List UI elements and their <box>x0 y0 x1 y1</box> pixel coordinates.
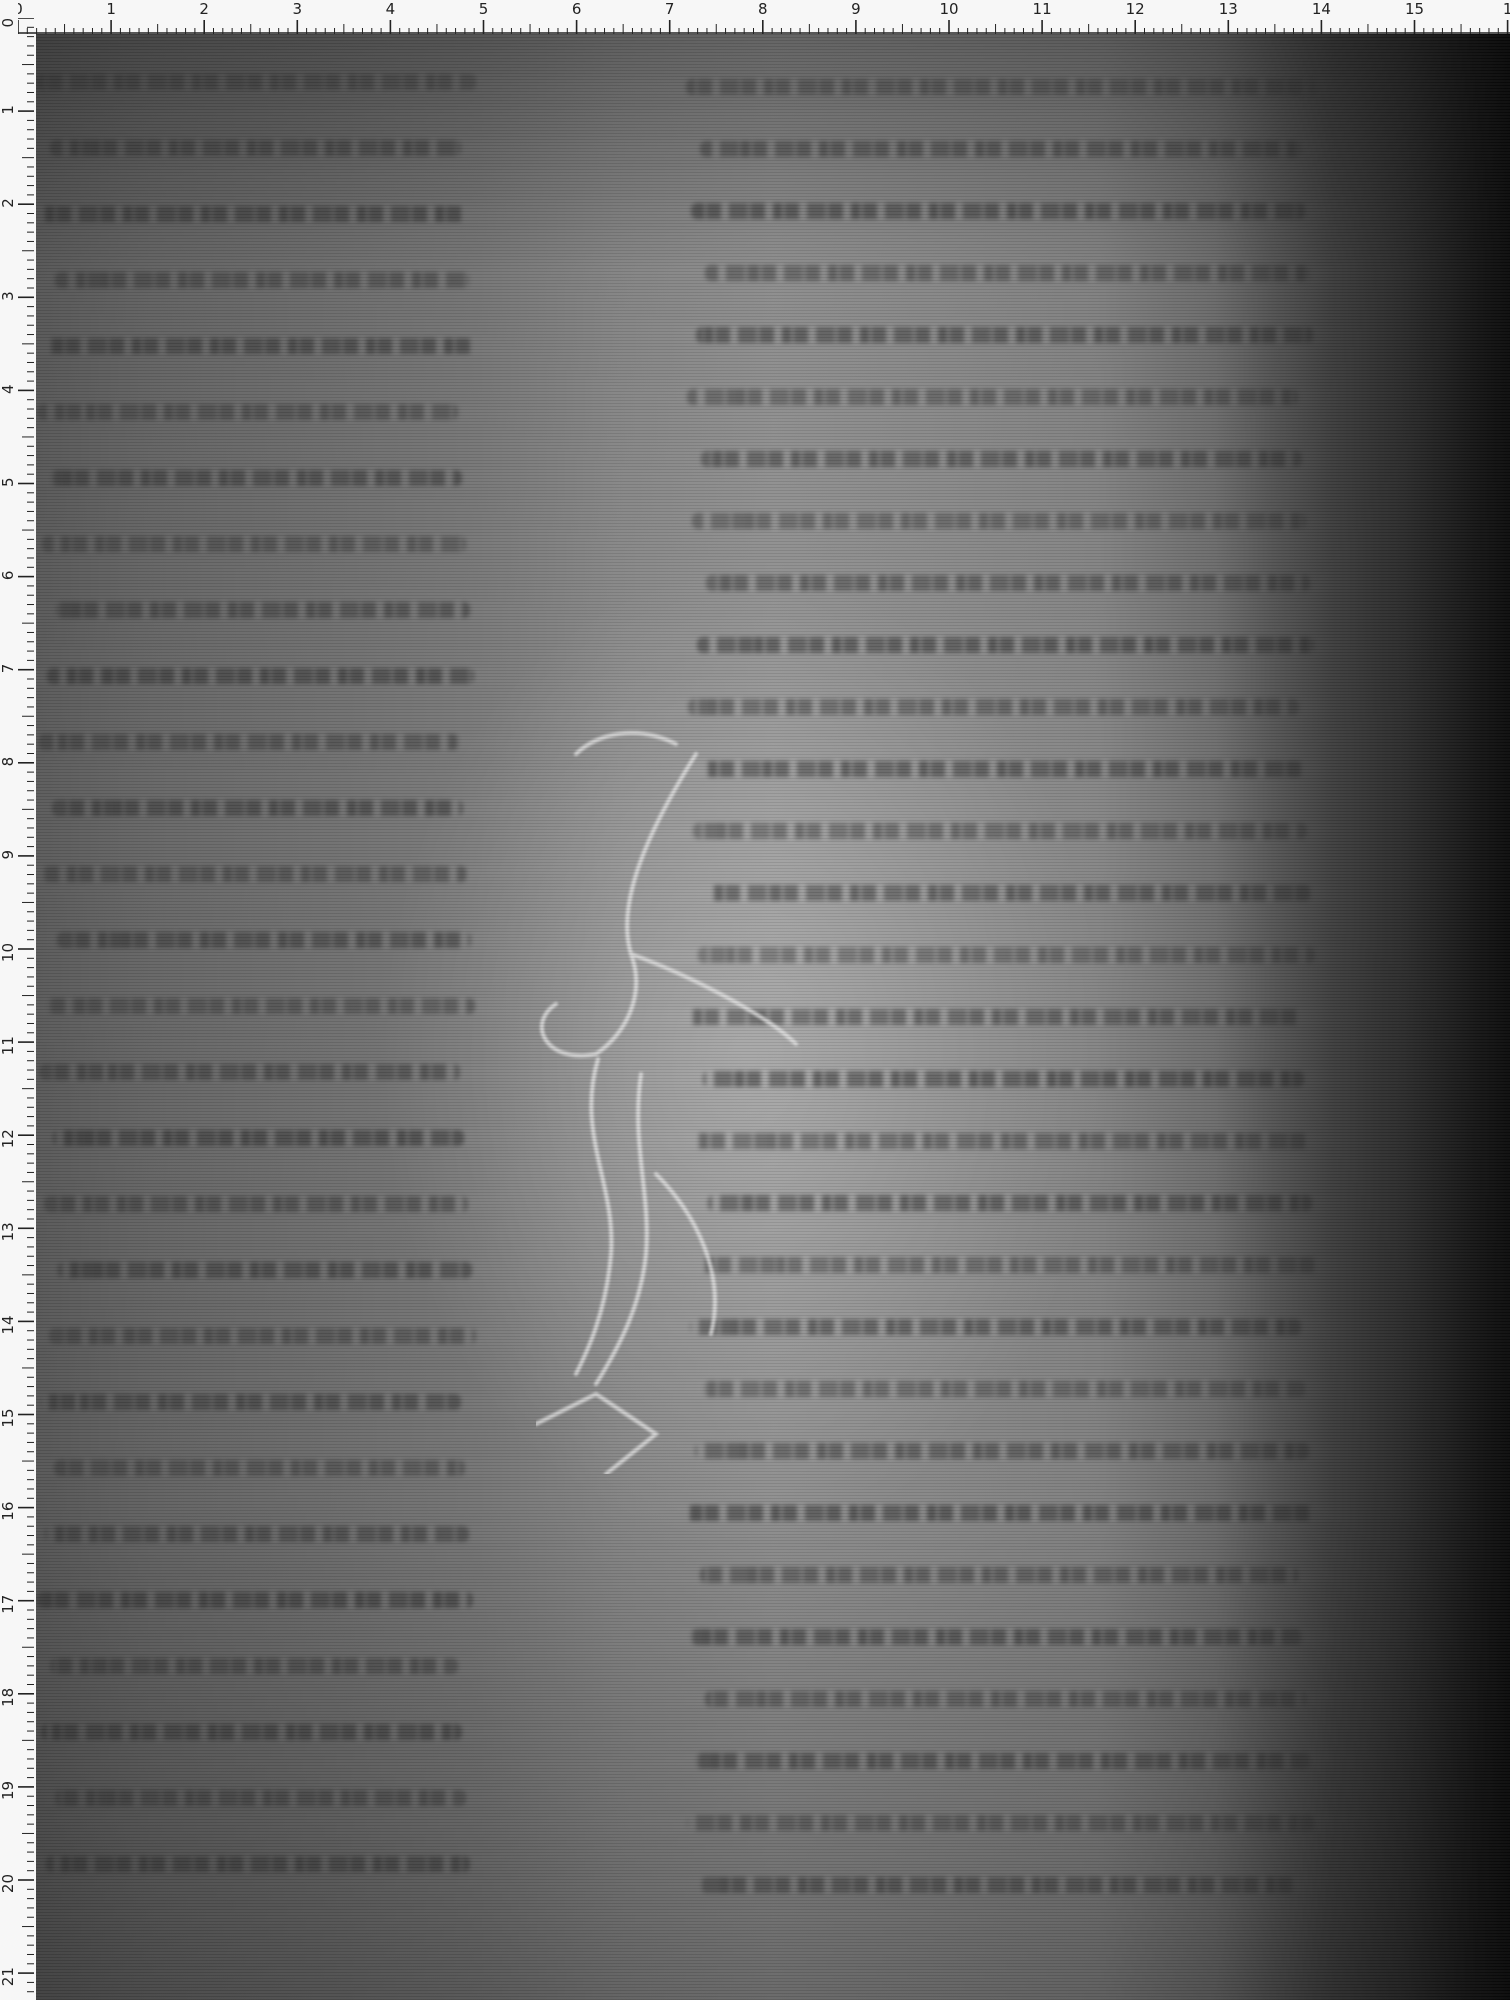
left-ruler-label: 19 <box>0 1781 17 1800</box>
top-ruler-label: 9 <box>851 0 861 18</box>
manuscript-text-line <box>36 74 476 90</box>
manuscript-text-line <box>53 1130 464 1146</box>
manuscript-text-line <box>694 1133 1308 1149</box>
top-ruler-label: 10 <box>939 0 958 18</box>
manuscript-text-line <box>40 1394 461 1410</box>
top-ruler-label: 13 <box>1219 0 1238 18</box>
manuscript-text-line <box>695 1443 1309 1459</box>
left-ruler-label: 18 <box>0 1688 17 1707</box>
left-ruler-label: 9 <box>0 850 17 860</box>
manuscript-text-line <box>698 947 1315 963</box>
manuscript-text-line <box>687 1815 1314 1831</box>
manuscript-text-line <box>44 1196 468 1212</box>
manuscript-text-line <box>41 206 465 222</box>
left-ruler-label: 2 <box>0 198 17 208</box>
manuscript-text-line <box>55 1790 466 1806</box>
manuscript-text-line <box>41 1724 462 1740</box>
manuscript-text-line <box>686 1505 1313 1521</box>
left-ruler-label: 17 <box>0 1595 17 1614</box>
manuscript-text-line <box>700 141 1301 157</box>
top-ruler-label: 3 <box>293 0 303 18</box>
top-ruler-label: 8 <box>758 0 768 18</box>
left-ruler-label: 5 <box>0 478 17 488</box>
left-ruler-label: 8 <box>0 757 17 767</box>
left-ruler: 0123456789101112131415161718192021 <box>0 18 34 2000</box>
top-ruler-label: 5 <box>479 0 489 18</box>
manuscript-text-line <box>39 1064 460 1080</box>
manuscript-text-line <box>701 1877 1299 1893</box>
manuscript-text-line <box>689 1009 1300 1025</box>
left-ruler-label: 16 <box>0 1502 17 1521</box>
manuscript-text-line <box>687 389 1298 405</box>
top-ruler-label: 4 <box>386 0 396 18</box>
manuscript-text-line <box>701 451 1302 467</box>
top-ruler: 01234567891011121314151 <box>18 0 1510 34</box>
left-ruler-label: 12 <box>0 1129 17 1148</box>
left-ruler-label: 13 <box>0 1222 17 1241</box>
left-ruler-ticks <box>18 18 34 1992</box>
manuscript-text-line <box>50 1658 458 1674</box>
top-ruler-label: 11 <box>1033 0 1052 18</box>
left-ruler-label: 20 <box>0 1874 17 1893</box>
manuscript-text-line <box>46 1856 470 1872</box>
manuscript-text-line <box>47 668 474 684</box>
manuscript-text-line <box>55 272 469 288</box>
left-text-column <box>36 54 476 1934</box>
top-ruler-label: 12 <box>1126 0 1145 18</box>
manuscript-text-line <box>49 1328 476 1344</box>
left-ruler-label: 4 <box>0 384 17 394</box>
manuscript-text-line <box>688 699 1299 715</box>
left-ruler-label: 6 <box>0 571 17 581</box>
manuscript-text-line <box>703 1071 1304 1087</box>
manuscript-text-line <box>705 1691 1306 1707</box>
left-ruler-label: 11 <box>0 1036 17 1055</box>
top-ruler-label: 15 <box>1405 0 1424 18</box>
manuscript-text-line <box>707 885 1311 901</box>
manuscript-text-line <box>691 1629 1302 1645</box>
manuscript-text-line <box>50 140 461 156</box>
manuscript-text-line <box>37 404 458 420</box>
manuscript-text-line <box>56 602 470 618</box>
right-text-column <box>686 59 1316 1919</box>
manuscript-text-line <box>704 1381 1305 1397</box>
left-ruler-label: 1 <box>0 105 17 115</box>
manuscript-text-line <box>57 932 471 948</box>
top-ruler-label: 1 <box>1503 0 1510 18</box>
manuscript-text-line <box>691 203 1305 219</box>
manuscript-text-line <box>702 761 1303 777</box>
top-ruler-ticks <box>18 20 1508 34</box>
left-ruler-label: 10 <box>0 943 17 962</box>
top-ruler-label: 6 <box>572 0 582 18</box>
manuscript-text-line <box>52 800 463 816</box>
manuscript-text-line <box>692 513 1306 529</box>
manuscript-scan <box>36 34 1510 2000</box>
manuscript-text-line <box>38 734 459 750</box>
manuscript-text-line <box>48 998 475 1014</box>
manuscript-text-line <box>690 1319 1301 1335</box>
left-ruler-labels: 0123456789101112131415161718192021 <box>0 18 17 1986</box>
left-ruler-label: 7 <box>0 664 17 674</box>
manuscript-text-line <box>51 470 462 486</box>
manuscript-text-line <box>58 1262 472 1278</box>
manuscript-text-line <box>706 575 1310 591</box>
manuscript-text-line <box>36 1592 473 1608</box>
manuscript-text-line <box>696 1753 1310 1769</box>
manuscript-text-line <box>42 536 466 552</box>
manuscript-text-line <box>697 637 1314 653</box>
top-ruler-label: 1 <box>106 0 116 18</box>
manuscript-text-line <box>46 338 473 354</box>
manuscript-text-line <box>699 1257 1316 1273</box>
left-ruler-label: 21 <box>0 1967 17 1986</box>
top-ruler-labels: 01234567891011121314151 <box>18 0 1510 18</box>
top-ruler-label: 14 <box>1312 0 1331 18</box>
top-ruler-label: 7 <box>665 0 675 18</box>
manuscript-text-line <box>686 79 1316 95</box>
left-ruler-label: 14 <box>0 1315 17 1334</box>
left-ruler-label: 15 <box>0 1409 17 1428</box>
left-ruler-label: 3 <box>0 291 17 301</box>
top-ruler-label: 0 <box>18 0 23 18</box>
manuscript-text-line <box>705 265 1309 281</box>
manuscript-text-line <box>43 866 467 882</box>
left-ruler-label: 0 <box>0 18 17 28</box>
manuscript-text-line <box>54 1460 465 1476</box>
top-ruler-label: 2 <box>199 0 209 18</box>
manuscript-text-line <box>693 823 1307 839</box>
manuscript-text-line <box>700 1567 1298 1583</box>
manuscript-text-line <box>708 1195 1312 1211</box>
manuscript-text-line <box>696 327 1313 343</box>
manuscript-text-line <box>45 1526 469 1542</box>
